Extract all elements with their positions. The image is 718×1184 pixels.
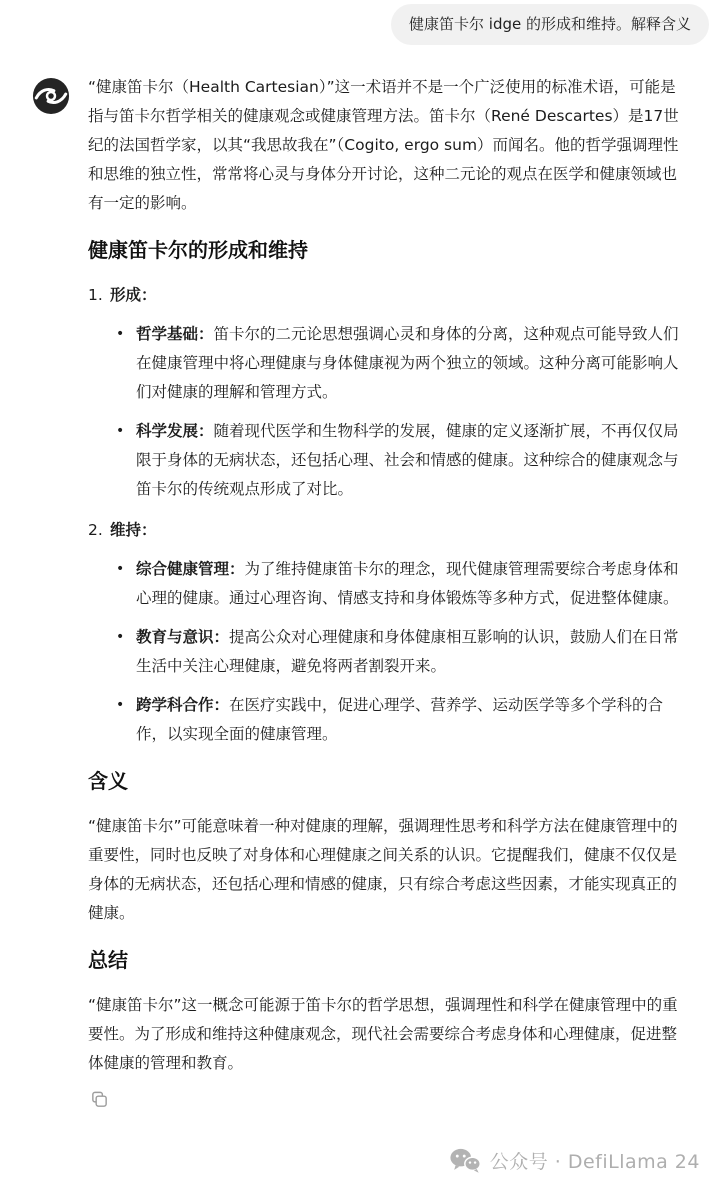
bullet-text: 教育与意识：提高公众对心理健康和身体健康相互影响的认识，鼓励人们在日常生活中关注…: [136, 623, 690, 681]
summary-paragraph: “健康笛卡尔”这一概念可能源于笛卡尔的哲学思想，强调理性和科学在健康管理中的重要…: [88, 991, 690, 1078]
list-item-title: 形成：: [110, 281, 157, 310]
copy-button copy-icon[interactable]: [88, 1088, 110, 1110]
bullet-dot: •: [116, 320, 136, 407]
user-message-row: 健康笛卡尔 idge 的形成和维持。解释含义: [0, 0, 718, 45]
bullet-dot: •: [116, 623, 136, 681]
list-item-maintenance: 2. 维持： • 综合健康管理：为了维持健康笛卡尔的理念，现代健康管理需要综合考…: [88, 516, 690, 749]
bullet-item: • 综合健康管理：为了维持健康笛卡尔的理念，现代健康管理需要综合考虑身体和心理的…: [116, 555, 690, 613]
bullet-dot: •: [116, 417, 136, 504]
section-heading-meaning: 含义: [88, 768, 690, 794]
bullet-term: 科学发展：: [136, 422, 214, 440]
watermark: 公众号 · DefiLlama 24: [449, 1147, 700, 1174]
bullet-dot: •: [116, 555, 136, 613]
section-heading-formation-maintenance: 健康笛卡尔的形成和维持: [88, 237, 690, 263]
bullet-dot: •: [116, 691, 136, 749]
user-message-bubble: 健康笛卡尔 idge 的形成和维持。解释含义: [391, 4, 709, 45]
bullet-term: 教育与意识：: [136, 628, 229, 646]
bullet-item: • 科学发展：随着现代医学和生物科学的发展，健康的定义逐渐扩展，不再仅仅局限于身…: [116, 417, 690, 504]
numbered-list: 1. 形成： • 哲学基础：笛卡尔的二元论思想强调心灵和身体的分离，这种观点可能…: [88, 281, 690, 749]
list-item-title: 维持：: [110, 516, 157, 545]
bullet-text: 哲学基础：笛卡尔的二元论思想强调心灵和身体的分离，这种观点可能导致人们在健康管理…: [136, 320, 690, 407]
bullet-term: 综合健康管理：: [136, 560, 245, 578]
bullet-term: 跨学科合作：: [136, 696, 229, 714]
wechat-icon: [449, 1147, 481, 1174]
chat-page: 健康笛卡尔 idge 的形成和维持。解释含义 “健康笛卡尔（Health Car…: [0, 0, 718, 1184]
bullet-text: 跨学科合作：在医疗实践中，促进心理学、营养学、运动医学等多个学科的合作，以实现全…: [136, 691, 690, 749]
bullet-text: 综合健康管理：为了维持健康笛卡尔的理念，现代健康管理需要综合考虑身体和心理的健康…: [136, 555, 690, 613]
meaning-paragraph: “健康笛卡尔”可能意味着一种对健康的理解，强调理性思考和科学方法在健康管理中的重…: [88, 812, 690, 928]
watermark-text: 公众号 · DefiLlama 24: [490, 1147, 700, 1174]
assistant-message-content: “健康笛卡尔（Health Cartesian）”这一术语并不是一个广泛使用的标…: [88, 73, 690, 1119]
intro-paragraph: “健康笛卡尔（Health Cartesian）”这一术语并不是一个广泛使用的标…: [88, 73, 690, 218]
list-number: 1.: [88, 281, 110, 310]
bullet-text: 科学发展：随着现代医学和生物科学的发展，健康的定义逐渐扩展，不再仅仅局限于身体的…: [136, 417, 690, 504]
list-number: 2.: [88, 516, 110, 545]
bullet-item: • 跨学科合作：在医疗实践中，促进心理学、营养学、运动医学等多个学科的合作，以实…: [116, 691, 690, 749]
bullet-item: • 哲学基础：笛卡尔的二元论思想强调心灵和身体的分离，这种观点可能导致人们在健康…: [116, 320, 690, 407]
message-actions: [88, 1078, 690, 1119]
bullet-item: • 教育与意识：提高公众对心理健康和身体健康相互影响的认识，鼓励人们在日常生活中…: [116, 623, 690, 681]
assistant-message-row: “健康笛卡尔（Health Cartesian）”这一术语并不是一个广泛使用的标…: [0, 45, 718, 1119]
bullet-term: 哲学基础：: [136, 325, 214, 343]
list-item-formation: 1. 形成： • 哲学基础：笛卡尔的二元论思想强调心灵和身体的分离，这种观点可能…: [88, 281, 690, 504]
section-heading-summary: 总结: [88, 947, 690, 973]
assistant-avatar swirl-logo-icon: [32, 77, 70, 115]
